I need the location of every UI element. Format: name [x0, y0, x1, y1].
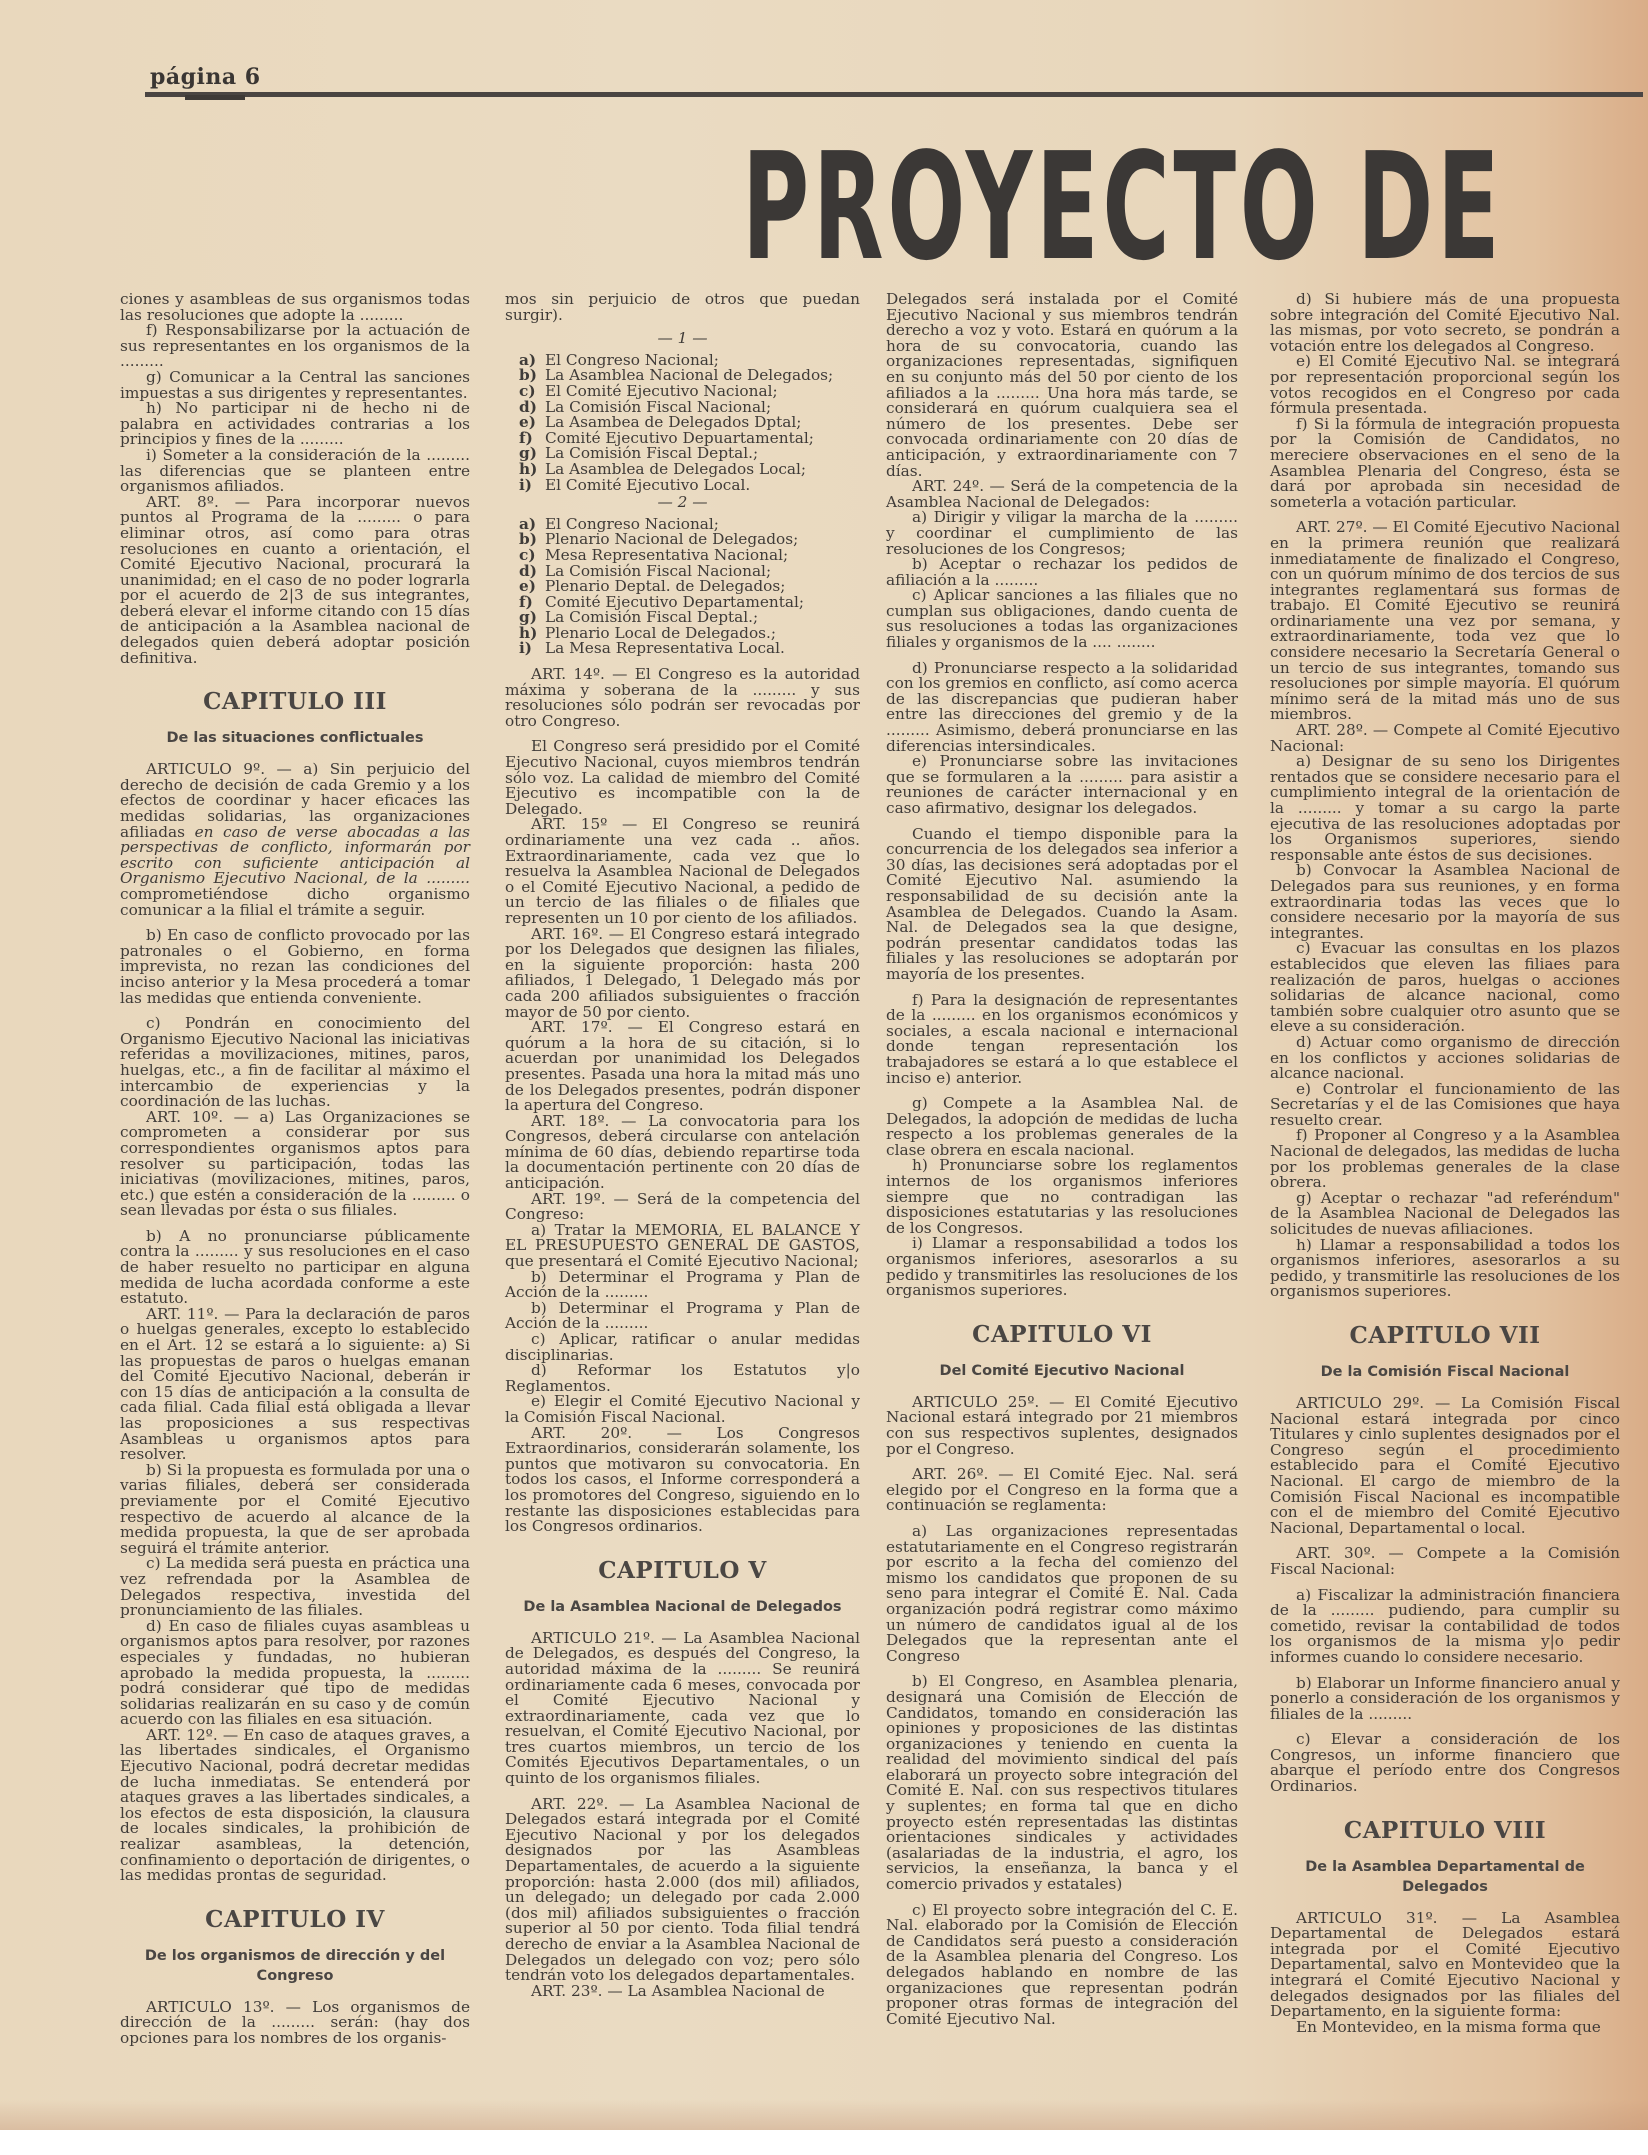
article-19: ART. 19º. — Será de la competencia del C… [505, 1192, 860, 1223]
list-item-label: i) [519, 641, 532, 657]
paragraph: b) Aceptar o rechazar los pedidos de afi… [886, 557, 1238, 588]
option-2-label: — 2 — [505, 495, 860, 511]
article-29: ARTICULO 29º. — La Comisión Fiscal Nacio… [1270, 1396, 1620, 1536]
column-2: mos sin perjuicio de otros que puedan su… [505, 292, 860, 1999]
paragraph: b) Determinar el Programa y Plan de Acci… [505, 1270, 860, 1301]
paragraph: b) A no pronunciarse públicamente contra… [120, 1229, 470, 1307]
article-27: ART. 27º. — El Comité Ejecutivo Nacional… [1270, 520, 1620, 723]
chapter-subtitle: De la Comisión Fiscal Nacional [1270, 1362, 1620, 1382]
newspaper-page: página 6 PROYECTO DE ciones y asambleas … [0, 0, 1648, 2130]
paragraph: a) Fiscalizar la administración financie… [1270, 1588, 1620, 1666]
paragraph: b) Determinar el Programa y Plan de Acci… [505, 1301, 860, 1332]
chapter-title: CAPITULO IV [120, 1906, 470, 1934]
chapter-title: CAPITULO III [120, 688, 470, 716]
paragraph: b) Si la propuesta es formulada por una … [120, 1463, 470, 1557]
paragraph: En Montevideo, en la misma forma que [1270, 2020, 1620, 2036]
paragraph: i) Someter a la consideración de la ....… [120, 448, 470, 495]
paragraph: f) Proponer al Congreso y a la Asamblea … [1270, 1128, 1620, 1190]
paragraph: d) Pronunciarse respecto a la solidarida… [886, 661, 1238, 755]
paragraph: b) En caso de conflicto provocado por la… [120, 928, 470, 1006]
chapter-title: CAPITULO VI [886, 1321, 1238, 1349]
list-item-text: El Comité Ejecutivo Local. [545, 476, 750, 494]
header-rule [145, 92, 1643, 97]
chapter-subtitle: De la Asamblea Nacional de Delegados [505, 1597, 860, 1617]
organism-list-item: i)La Mesa Representativa Local. [505, 641, 860, 657]
paragraph: c) Elevar a consideración de los Congres… [1270, 1732, 1620, 1794]
article-12: ART. 12º. — En caso de ataques graves, a… [120, 1728, 470, 1884]
paragraph: g) Compete a la Asamblea Nal. de Delegad… [886, 1096, 1238, 1158]
paragraph: a) Tratar la MEMORIA, EL BALANCE Y EL PR… [505, 1223, 860, 1270]
article-14: ART. 14º. — El Congreso es la autoridad … [505, 667, 860, 729]
article-15: ART. 15º — El Congreso se reunirá ordina… [505, 817, 860, 926]
article-16: ART. 16º. — El Congreso estará integrado… [505, 927, 860, 1021]
paragraph: ciones y asambleas de sus organismos tod… [120, 292, 470, 323]
paragraph: b) El Congreso, en Asamblea plenaria, de… [886, 1674, 1238, 1892]
chapter-subtitle: De los organismos de dirección y del Con… [120, 1946, 470, 1986]
paragraph: e) Controlar el funcionamiento de las Se… [1270, 1082, 1620, 1129]
paragraph: d) En caso de filiales cuyas asambleas u… [120, 1619, 470, 1728]
article-9: ARTICULO 9º. — a) Sin perjuicio del dere… [120, 762, 470, 918]
article-31: ARTICULO 31º. — La Asamblea Departamenta… [1270, 1911, 1620, 2020]
paragraph: h) Llamar a responsabilidad a todos los … [1270, 1238, 1620, 1300]
column-4: d) Si hubiere más de una propuesta sobre… [1270, 292, 1620, 2035]
paragraph: f) Responsabilizarse por la actuación de… [120, 323, 470, 370]
chapter-title: CAPITULO VIII [1270, 1817, 1620, 1845]
paragraph: g) Aceptar o rechazar "ad referéndum" de… [1270, 1191, 1620, 1238]
article-17: ART. 17º. — El Congreso estará en quórum… [505, 1020, 860, 1114]
paragraph: e) Pronunciarse sobre las invitaciones q… [886, 754, 1238, 816]
paragraph: mos sin perjuicio de otros que puedan su… [505, 292, 860, 323]
article-22: ART. 22º. — La Asamblea Nacional de Dele… [505, 1797, 860, 1984]
paragraph: c) Aplicar sanciones a las filiales que … [886, 588, 1238, 650]
paragraph: d) Reformar los Estatutos y|o Reglamento… [505, 1363, 860, 1394]
column-3: Delegados será instalada por el Comité E… [886, 292, 1238, 2027]
article-25: ARTICULO 25º. — El Comité Ejecutivo Naci… [886, 1395, 1238, 1457]
paragraph: e) Elegir el Comité Ejecutivo Nacional y… [505, 1394, 860, 1425]
paragraph: a) Designar de su seno los Dirigentes re… [1270, 754, 1620, 863]
chapter-subtitle: Del Comité Ejecutivo Nacional [886, 1361, 1238, 1381]
paragraph: f) Si la fórmula de integración propuest… [1270, 417, 1620, 511]
paragraph: c) El proyecto sobre integración del C. … [886, 1903, 1238, 2028]
list-item-text: La Mesa Representativa Local. [545, 639, 785, 657]
article-10: ART. 10º. — a) Las Organizaciones se com… [120, 1110, 470, 1219]
paragraph: a) Las organizaciones representadas esta… [886, 1524, 1238, 1664]
paragraph: e) El Comité Ejecutivo Nal. se integrará… [1270, 354, 1620, 416]
paragraph: c) Pondrán en conocimiento del Organismo… [120, 1016, 470, 1110]
paragraph: g) Comunicar a la Central las sanciones … [120, 370, 470, 401]
paragraph: h) Pronunciarse sobre los reglamentos in… [886, 1158, 1238, 1236]
article-30: ART. 30º. — Compete a la Comisión Fiscal… [1270, 1546, 1620, 1577]
article-11: ART. 11º. — Para la declaración de paros… [120, 1307, 470, 1463]
article-23: ART. 23º. — La Asamblea Nacional de [505, 1984, 860, 2000]
article-21: ARTICULO 21º. — La Asamblea Nacional de … [505, 1631, 860, 1787]
article-24: ART. 24º. — Será de la competencia de la… [886, 479, 1238, 510]
paragraph: c) Evacuar las consultas en los plazos e… [1270, 941, 1620, 1035]
paragraph: h) No participar ni de hecho ni de palab… [120, 401, 470, 448]
article-9-text-end: comprometiéndose dicho organismo comunic… [120, 885, 470, 919]
paragraph: Cuando el tiempo disponible para la conc… [886, 827, 1238, 983]
chapter-subtitle: De la Asamblea Departamental de Delegado… [1270, 1857, 1620, 1897]
option-2-list: a)El Congreso Nacional;b)Plenario Nacion… [505, 517, 860, 657]
paragraph: El Congreso será presidido por el Comité… [505, 739, 860, 817]
paragraph: Delegados será instalada por el Comité E… [886, 292, 1238, 479]
paragraph: b) Convocar la Asamblea Nacional de Dele… [1270, 863, 1620, 941]
chapter-title: CAPITULO VII [1270, 1322, 1620, 1350]
article-8: ART. 8º. — Para incorporar nuevos puntos… [120, 495, 470, 667]
paragraph: i) Llamar a responsabilidad a todos los … [886, 1236, 1238, 1298]
organism-list-item: i)El Comité Ejecutivo Local. [505, 478, 860, 494]
paragraph: d) Actuar como organismo de dirección en… [1270, 1035, 1620, 1082]
option-1-list: a)El Congreso Nacional;b)La Asamblea Nac… [505, 353, 860, 493]
article-18: ART. 18º. — La convocatoria para los Con… [505, 1114, 860, 1192]
paragraph: d) Si hubiere más de una propuesta sobre… [1270, 292, 1620, 354]
article-26: ART. 26º. — El Comité Ejec. Nal. será el… [886, 1467, 1238, 1514]
paragraph: c) La medida será puesta en práctica una… [120, 1556, 470, 1618]
chapter-title: CAPITULO V [505, 1557, 860, 1585]
option-1-label: — 1 — [505, 331, 860, 347]
article-28: ART. 28º. — Compete al Comité Ejecutivo … [1270, 723, 1620, 754]
paragraph: b) Elaborar un Informe financiero anual … [1270, 1676, 1620, 1723]
page-number: página 6 [150, 64, 261, 90]
headline: PROYECTO DE [742, 133, 1503, 281]
article-13: ARTICULO 13º. — Los organismos de direcc… [120, 2000, 470, 2047]
article-20: ART. 20º. — Los Congresos Extraordinario… [505, 1426, 860, 1535]
column-1: ciones y asambleas de sus organismos tod… [120, 292, 470, 2047]
paragraph: a) Dirigir y viligar la marcha de la ...… [886, 510, 1238, 557]
list-item-label: i) [519, 478, 532, 494]
paragraph: c) Aplicar, ratificar o anular medidas d… [505, 1332, 860, 1363]
paragraph: f) Para la designación de representantes… [886, 993, 1238, 1087]
chapter-subtitle: De las situaciones conflictuales [120, 728, 470, 748]
